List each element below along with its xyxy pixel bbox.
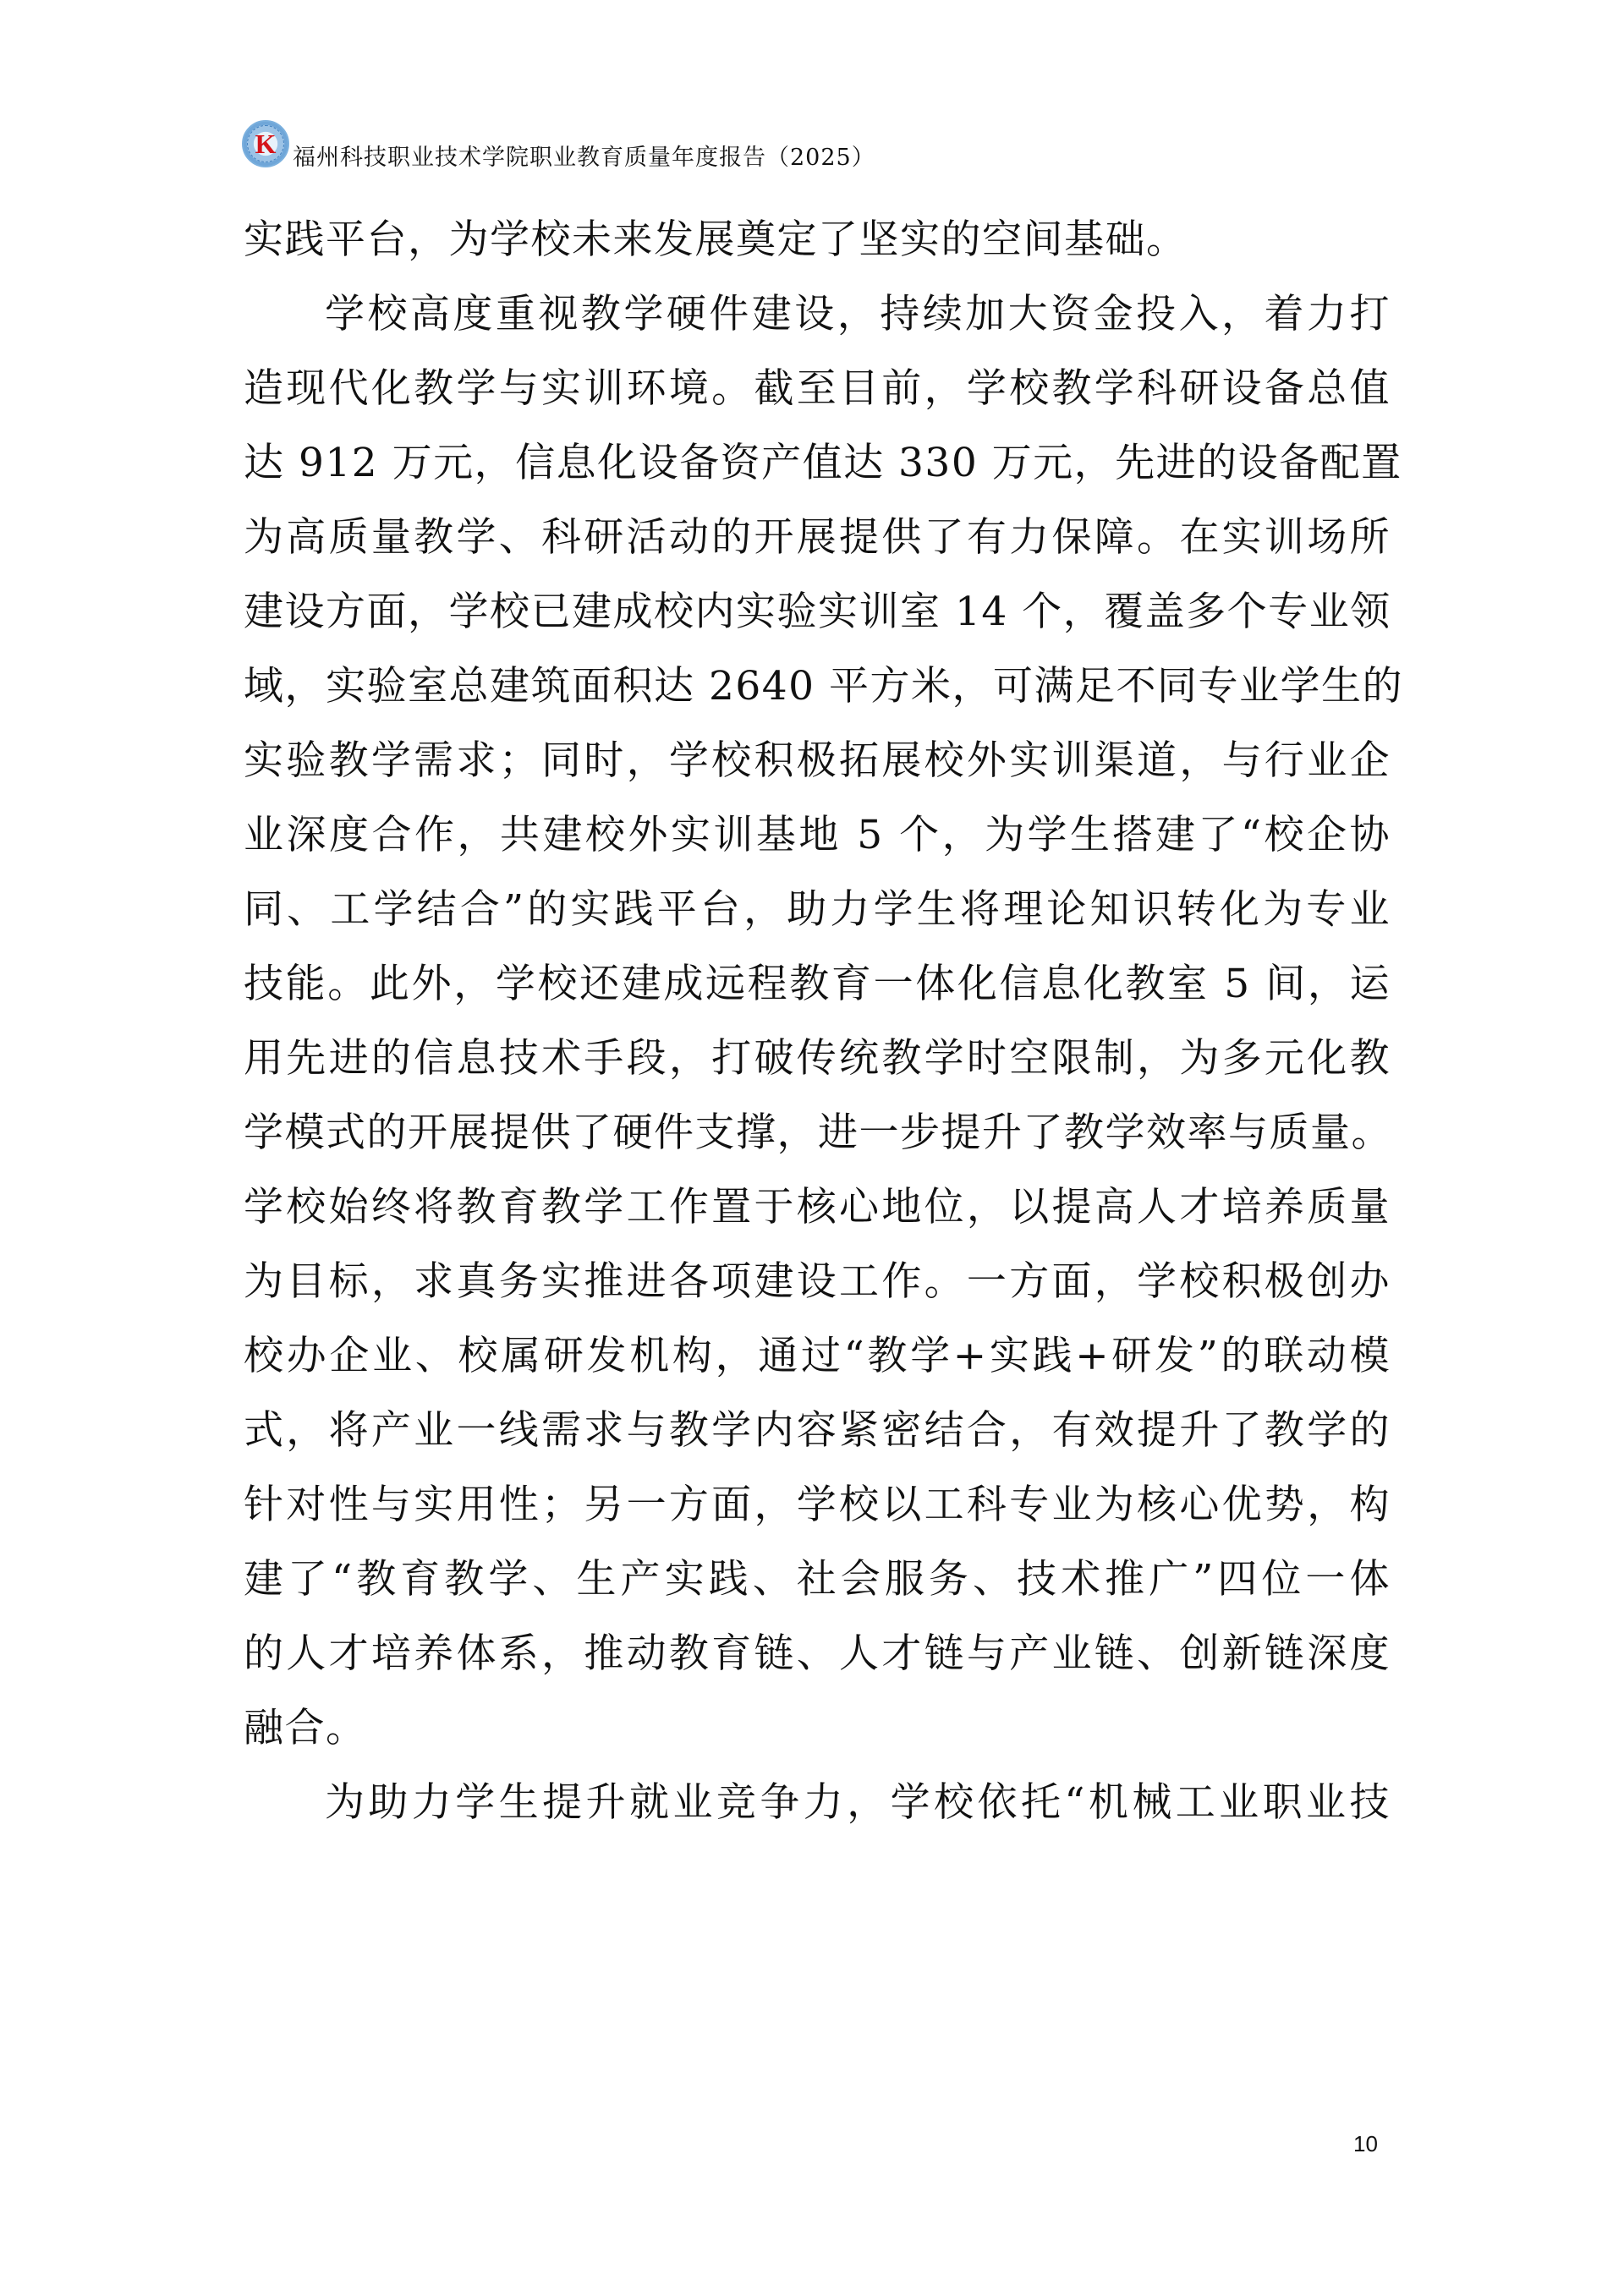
text-line: 业深度合作，共建校外实训基地 5 个，为学生搭建了“校企协 xyxy=(244,798,1391,873)
text-line: 校办企业、校属研发机构，通过“教学+实践+研发”的联动模 xyxy=(244,1319,1391,1394)
report-title: 福州科技职业技术学院职业教育质量年度报告（2025） xyxy=(293,145,875,171)
text-line: 达 912 万元，信息化设备资产值达 330 万元，先进的设备配置 xyxy=(244,426,1391,501)
text-line: 学校始终将教育教学工作置于核心地位，以提高人才培养质量 xyxy=(244,1170,1391,1245)
text-line: 实验教学需求；同时，学校积极拓展校外实训渠道，与行业企 xyxy=(244,724,1391,798)
paragraph-end-line: 融合。 xyxy=(244,1691,1391,1766)
school-logo-icon: K xyxy=(242,120,289,167)
page-number: 10 xyxy=(1353,2131,1378,2157)
text-line: 技能。此外，学校还建成远程教育一体化信息化教室 5 间，运 xyxy=(244,947,1391,1022)
text-line: 用先进的信息技术手段，打破传统教学时空限制，为多元化教 xyxy=(244,1022,1391,1096)
text-line: 为目标，求真务实推进各项建设工作。一方面，学校积极创办 xyxy=(244,1245,1391,1319)
paragraph-start-line: 学校高度重视教学硬件建设，持续加大资金投入，着力打 xyxy=(244,277,1391,352)
text-line: 实践平台，为学校未来发展奠定了坚实的空间基础。 xyxy=(244,203,1391,277)
body-text: 实践平台，为学校未来发展奠定了坚实的空间基础。 学校高度重视教学硬件建设，持续加… xyxy=(244,203,1391,1840)
text-line: 同、工学结合”的实践平台，助力学生将理论知识转化为专业 xyxy=(244,873,1391,947)
text-line: 造现代化教学与实训环境。截至目前，学校教学科研设备总值 xyxy=(244,352,1391,426)
text-line: 为高质量教学、科研活动的开展提供了有力保障。在实训场所 xyxy=(244,501,1391,575)
text-line: 建设方面，学校已建成校内实验实训室 14 个，覆盖多个专业领 xyxy=(244,575,1391,649)
text-line: 式，将产业一线需求与教学内容紧密结合，有效提升了教学的 xyxy=(244,1394,1391,1468)
text-line: 针对性与实用性；另一方面，学校以工科专业为核心优势，构 xyxy=(244,1468,1391,1543)
logo-letter: K xyxy=(244,130,288,157)
text-line: 的人才培养体系，推动教育链、人才链与产业链、创新链深度 xyxy=(244,1617,1391,1691)
text-line: 学模式的开展提供了硬件支撑，进一步提升了教学效率与质量。 xyxy=(244,1096,1391,1170)
page-header: K 福州科技职业技术学院职业教育质量年度报告（2025） xyxy=(242,117,875,167)
text-line: 建了“教育教学、生产实践、社会服务、技术推广”四位一体 xyxy=(244,1543,1391,1617)
text-line: 域，实验室总建筑面积达 2640 平方米，可满足不同专业学生的 xyxy=(244,649,1391,724)
paragraph-start-line: 为助力学生提升就业竞争力，学校依托“机械工业职业技 xyxy=(244,1766,1391,1840)
